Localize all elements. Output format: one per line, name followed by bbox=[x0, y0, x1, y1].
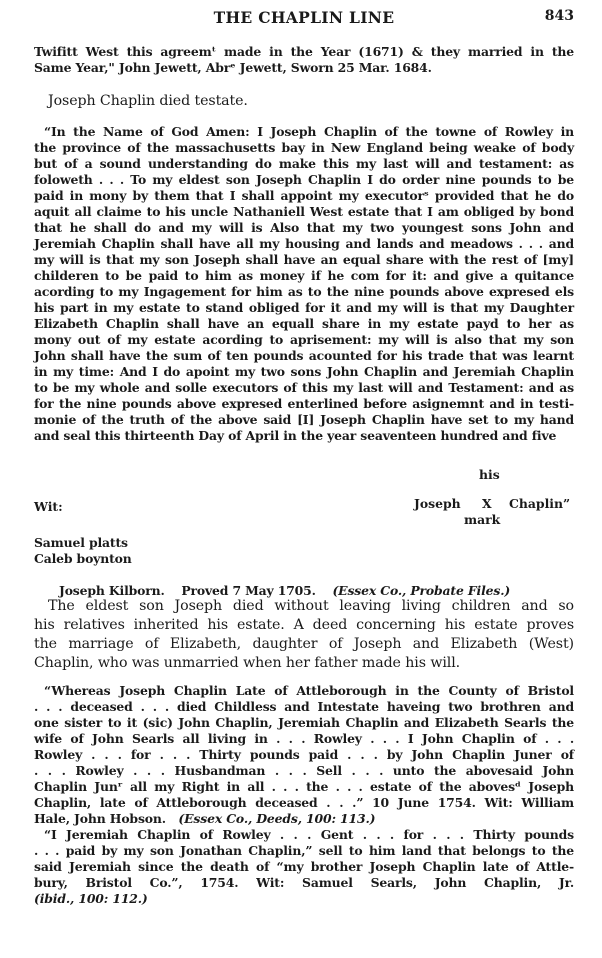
text-line: for the nine pounds above expresed enter… bbox=[34, 396, 574, 412]
witness-list: Samuel platts Caleb boynton Joseph Kilbo… bbox=[34, 535, 574, 583]
witness-name: Samuel platts bbox=[34, 535, 574, 551]
text-line: Same Year," John Jewett, Abrᵉ Jewett, Sw… bbox=[34, 60, 574, 76]
text-line: his relatives inherited his estate. A de… bbox=[34, 616, 574, 635]
text-line: . . . paid by my son Jonathan Chaplin,” … bbox=[34, 843, 574, 859]
text-line: “I Jeremiah Chaplin of Rowley . . . Gent… bbox=[34, 827, 574, 843]
text-line: paid in mony by them that I shall appoin… bbox=[34, 188, 574, 204]
text-line: Hale, John Hobson. (Essex Co., Deeds, 10… bbox=[34, 811, 574, 827]
page-number: 843 bbox=[545, 8, 574, 24]
text-line: but of a sound understanding do make thi… bbox=[34, 156, 574, 172]
text-line: wife of John Searls all living in . . . … bbox=[34, 731, 574, 747]
text-line: . . . Rowley . . . Husbandman . . . Sell… bbox=[34, 763, 574, 779]
text-line: that he shall do and my will is Also tha… bbox=[34, 220, 574, 236]
text-line: Chaplin, late of Attleborough deceased .… bbox=[34, 795, 574, 811]
text-line: Jeremiah Chaplin shall have all my housi… bbox=[34, 236, 574, 252]
text-line: one sister to it (sic) John Chaplin, Jer… bbox=[34, 715, 574, 731]
signature-mark-x: X bbox=[482, 496, 492, 511]
text-line: said Jeremiah since the death of “my bro… bbox=[34, 859, 574, 875]
text-line: childeren to be paid to him as money if … bbox=[34, 268, 574, 284]
text-line: Chaplin Junʳ all my Right in all . . . t… bbox=[34, 779, 574, 795]
will-quotation: “In the Name of God Amen: I Joseph Chapl… bbox=[34, 124, 574, 444]
text-line: bury, Bristol Co.”, 1754. Wit: Samuel Se… bbox=[34, 875, 574, 891]
deed-quotation-1: “Whereas Joseph Chaplin Late of Attlebor… bbox=[34, 683, 574, 827]
text-line: acording to my Ingagement for him as to … bbox=[34, 284, 574, 300]
signature-last-name: Chaplin” bbox=[509, 496, 570, 511]
document-page: THE CHAPLIN LINE 843 Twifitt West this a… bbox=[0, 0, 602, 958]
text-line: the province of the massachusetts bay in… bbox=[34, 140, 574, 156]
proved-date: Proved 7 May 1705. bbox=[181, 583, 315, 598]
text-line: John shall have the sum of ten pounds ac… bbox=[34, 348, 574, 364]
text-line: mony out of my estate acording to aprise… bbox=[34, 332, 574, 348]
text-line-content: Hale, John Hobson. bbox=[34, 811, 166, 826]
text-line: and seal this thirteenth Day of April in… bbox=[34, 428, 574, 444]
probate-line: Joseph Kilborn. Proved 7 May 1705. (Esse… bbox=[34, 567, 574, 583]
text-line: to be my whole and solle executors of th… bbox=[34, 380, 574, 396]
text-line: his part in my estate to stand obliged f… bbox=[34, 300, 574, 316]
section-heading-text: Joseph Chaplin died testate. bbox=[34, 92, 574, 111]
probate-citation: (Essex Co., Probate Files.) bbox=[332, 583, 510, 598]
running-title: THE CHAPLIN LINE bbox=[34, 8, 574, 27]
text-line: Rowley . . . for . . . Thirty pounds pai… bbox=[34, 747, 574, 763]
text-line: “In the Name of God Amen: I Joseph Chapl… bbox=[34, 124, 574, 140]
text-line: Twifitt West this agreemᵗ made in the Ye… bbox=[34, 44, 574, 60]
deed-citation: (ibid., 100: 112.) bbox=[34, 891, 574, 907]
witness-name: Caleb boynton bbox=[34, 551, 574, 567]
running-head: THE CHAPLIN LINE 843 bbox=[34, 8, 574, 28]
deed-citation: (Essex Co., Deeds, 100: 113.) bbox=[178, 811, 375, 826]
text-line: foloweth . . . To my eldest son Joseph C… bbox=[34, 172, 574, 188]
signature-mark-label: mark bbox=[464, 512, 500, 527]
opening-paragraph: Twifitt West this agreemᵗ made in the Ye… bbox=[34, 44, 574, 76]
text-line: in my time: And I do apoint my two sons … bbox=[34, 364, 574, 380]
text-line: the marriage of Elizabeth, daughter of J… bbox=[34, 635, 574, 654]
narrative-paragraph: The eldest son Joseph died without leavi… bbox=[34, 597, 574, 673]
text-line: aquit all claime to his uncle Nathaniell… bbox=[34, 204, 574, 220]
witness-name: Joseph Kilborn. bbox=[59, 583, 165, 598]
wit-label: Wit: bbox=[34, 499, 63, 514]
text-line: . . . deceased . . . died Childless and … bbox=[34, 699, 574, 715]
deed-quotation-2: “I Jeremiah Chaplin of Rowley . . . Gent… bbox=[34, 827, 574, 907]
text-line: Chaplin, who was unmarried when her fath… bbox=[34, 654, 574, 673]
text-line: Elizabeth Chaplin shall have an equall s… bbox=[34, 316, 574, 332]
deed-citation-text: (ibid., 100: 112.) bbox=[34, 891, 148, 906]
section-heading: Joseph Chaplin died testate. bbox=[34, 92, 574, 111]
signature-first-name: Joseph bbox=[414, 496, 461, 511]
text-line: “Whereas Joseph Chaplin Late of Attlebor… bbox=[34, 683, 574, 699]
text-line: monie of the truth of the above said [I]… bbox=[34, 412, 574, 428]
text-line: The eldest son Joseph died without leavi… bbox=[34, 597, 574, 616]
signature-his: his bbox=[479, 467, 500, 482]
text-line: my will is that my son Joseph shall have… bbox=[34, 252, 574, 268]
